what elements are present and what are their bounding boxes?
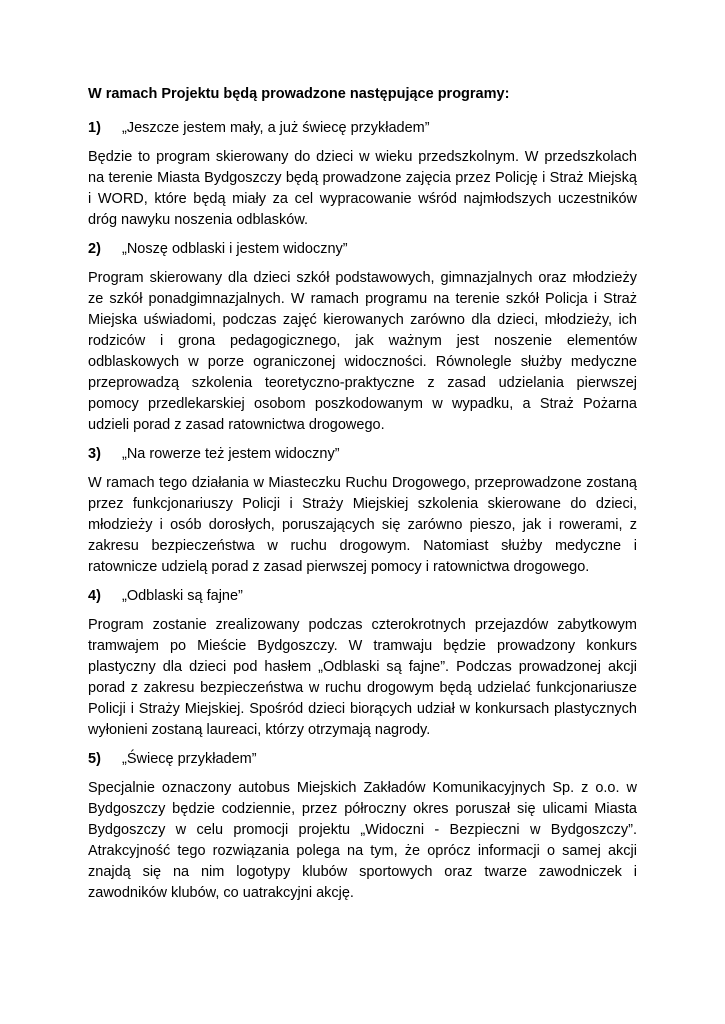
program-1-description: Będzie to program skierowany do dzieci w… — [88, 147, 637, 231]
program-3-title-row: 3)„Na rowerze też jestem widoczny” — [88, 444, 637, 465]
program-2-title: „Noszę odblaski i jestem widoczny” — [122, 241, 348, 257]
program-4-description: Program zostanie zrealizowany podczas cz… — [88, 615, 637, 741]
program-4-title: „Odblaski są fajne” — [122, 588, 243, 604]
program-4-title-row: 4)„Odblaski są fajne” — [88, 586, 637, 607]
program-2-number: 2) — [88, 239, 122, 260]
program-3-title: „Na rowerze też jestem widoczny” — [122, 446, 340, 462]
program-5-title-row: 5)„Świecę przykładem” — [88, 749, 637, 770]
program-5-title: „Świecę przykładem” — [122, 751, 257, 767]
program-5-number: 5) — [88, 749, 122, 770]
program-1-title: „Jeszcze jestem mały, a już świecę przyk… — [122, 120, 430, 136]
document-heading: W ramach Projektu będą prowadzone następ… — [88, 84, 637, 105]
program-5-description: Specjalnie oznaczony autobus Miejskich Z… — [88, 778, 637, 904]
program-2-description: Program skierowany dla dzieci szkół pods… — [88, 268, 637, 436]
program-2-title-row: 2)„Noszę odblaski i jestem widoczny” — [88, 239, 637, 260]
program-3-number: 3) — [88, 444, 122, 465]
program-1-number: 1) — [88, 118, 122, 139]
program-4-number: 4) — [88, 586, 122, 607]
document-page: W ramach Projektu będą prowadzone następ… — [0, 0, 725, 1024]
program-3-description: W ramach tego działania w Miasteczku Ruc… — [88, 473, 637, 578]
program-1-title-row: 1)„Jeszcze jestem mały, a już świecę prz… — [88, 118, 637, 139]
